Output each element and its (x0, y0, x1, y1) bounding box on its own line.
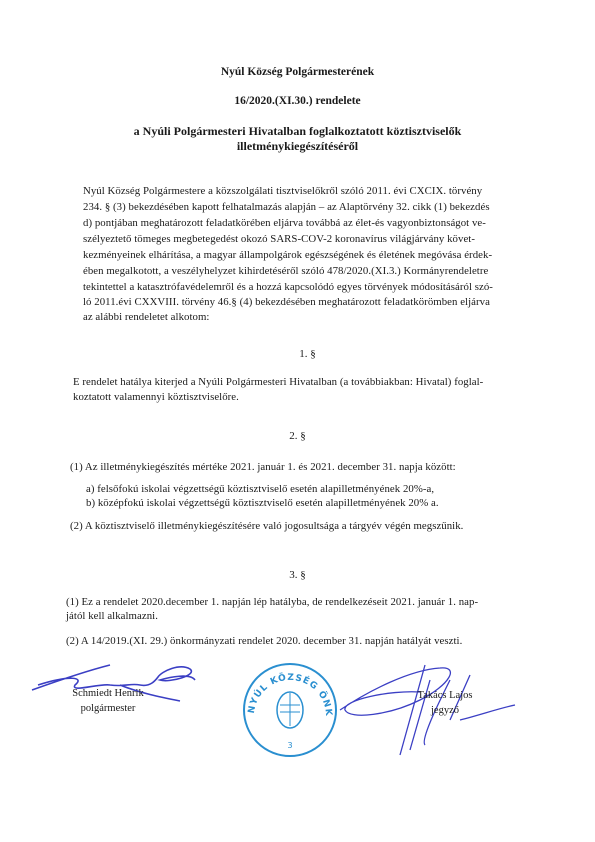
notary-name: Takács Lajos (400, 690, 490, 701)
mayor-role: polgármester (53, 703, 163, 714)
preamble-line: ló 2011.évi CXXVIII. törvény 46.§ (4) be… (83, 296, 490, 308)
section-3-paragraph-2: (2) A 14/2019.(XI. 29.) önkormányzati re… (66, 635, 462, 647)
section-1-line: E rendelet hatálya kiterjed a Nyúli Polg… (73, 376, 483, 388)
section-2-heading: 2. § (0, 430, 595, 442)
preamble-line: tekintettel a katasztrófavédelemről és a… (83, 281, 493, 293)
section-3-line: (1) Ez a rendelet 2020.december 1. napjá… (66, 596, 478, 608)
notary-role: jegyző (400, 705, 490, 716)
section-2-item-b: b) középfokú iskolai végzettségű köztisz… (86, 497, 439, 509)
mayor-name: Schmiedt Henrik (53, 688, 163, 699)
preamble-line: kezményeinek elhárítása, a magyar államp… (83, 249, 492, 261)
document-issuer: Nyúl Község Polgármesterének (0, 66, 595, 78)
preamble-line: az alábbi rendeletet alkotom: (83, 311, 209, 323)
decree-title-line1: a Nyúli Polgármesteri Hivatalban foglalk… (0, 124, 595, 139)
section-2-item-a: a) felsőfokú iskolai végzettségű köztisz… (86, 483, 434, 495)
decree-title-line2: illetménykiegészítéséről (0, 139, 595, 154)
preamble-line: 234. § (3) bekezdésében kapott felhatalm… (83, 201, 490, 213)
section-1-heading: 1. § (10, 348, 595, 360)
section-2-paragraph-2: (2) A köztisztviselő illetménykiegészíté… (70, 520, 463, 532)
svg-text:3: 3 (287, 741, 292, 750)
mayor-signature-icon (30, 655, 200, 710)
section-3-heading: 3. § (0, 569, 595, 581)
preamble-line: Nyúl Község Polgármestere a közszolgálat… (83, 185, 482, 197)
preamble-line: d) pontjában meghatározott feladatkörébe… (83, 217, 486, 229)
preamble-line: ében megalkotott, a veszélyhelyzet kihir… (83, 265, 488, 277)
svg-text:NYÚL KÖZSÉG ÖNKORMÁNYZATA: NYÚL KÖZSÉG ÖNKORMÁNYZATA (235, 651, 333, 717)
decree-number: 16/2020.(XI.30.) rendelete (0, 95, 595, 107)
section-3-line: jától kell alkalmazni. (66, 610, 158, 622)
preamble-line: szélyeztető tömeges megbetegedést okozó … (83, 233, 475, 245)
section-1-line: koztatott valamennyi köztisztviselőre. (73, 391, 239, 403)
municipal-stamp-icon: NYÚL KÖZSÉG ÖNKORMÁNYZATA 3 (240, 660, 340, 760)
section-2-paragraph-1: (1) Az illetménykiegészítés mértéke 2021… (70, 461, 456, 473)
